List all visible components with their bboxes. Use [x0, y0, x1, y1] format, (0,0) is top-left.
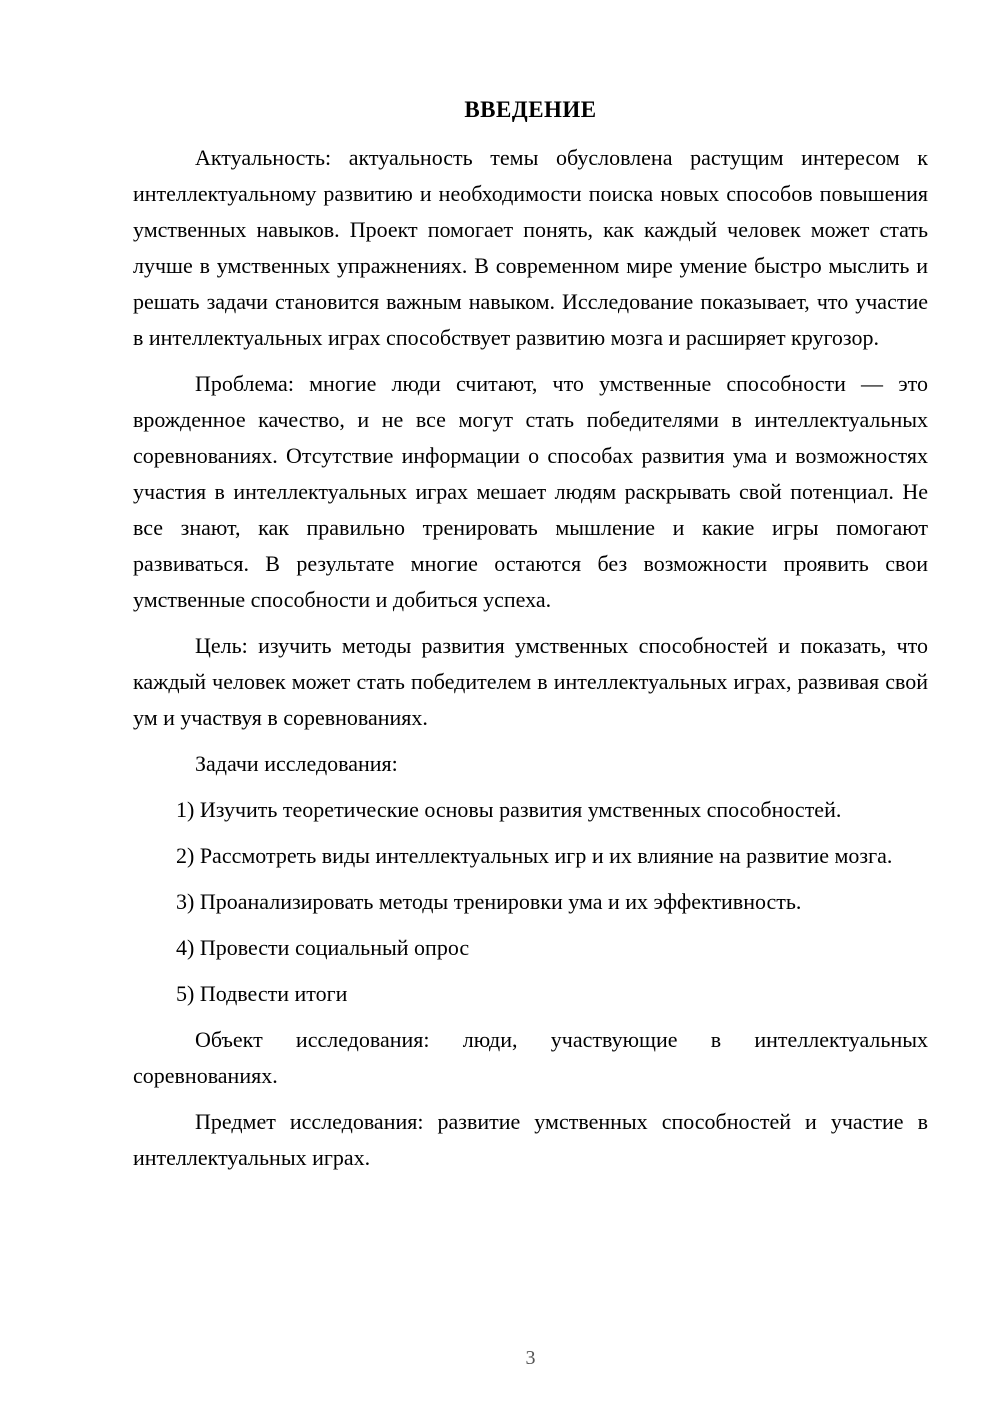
- task-item-4: 4) Провести социальный опрос: [133, 930, 928, 966]
- paragraph-aktualnost: Актуальность: актуальность темы обусловл…: [133, 140, 928, 356]
- task-item-5: 5) Подвести итоги: [133, 976, 928, 1012]
- task-item-3: 3) Проанализировать методы тренировки ум…: [133, 884, 928, 920]
- task-item-1: 1) Изучить теоретические основы развития…: [133, 792, 928, 828]
- paragraph-zadachi-header: Задачи исследования:: [133, 746, 928, 782]
- paragraph-obekt: Объект исследования: люди, участвующие в…: [133, 1022, 928, 1094]
- paragraph-predmet: Предмет исследования: развитие умственны…: [133, 1104, 928, 1176]
- paragraph-problema: Проблема: многие люди считают, что умств…: [133, 366, 928, 618]
- page-number: 3: [133, 1346, 928, 1370]
- page-title: ВВЕДЕНИЕ: [133, 92, 928, 128]
- task-item-2: 2) Рассмотреть виды интеллектуальных игр…: [133, 838, 928, 874]
- paragraph-tsel: Цель: изучить методы развития умственных…: [133, 628, 928, 736]
- document-page: ВВЕДЕНИЕ Актуальность: актуальность темы…: [0, 0, 1000, 1414]
